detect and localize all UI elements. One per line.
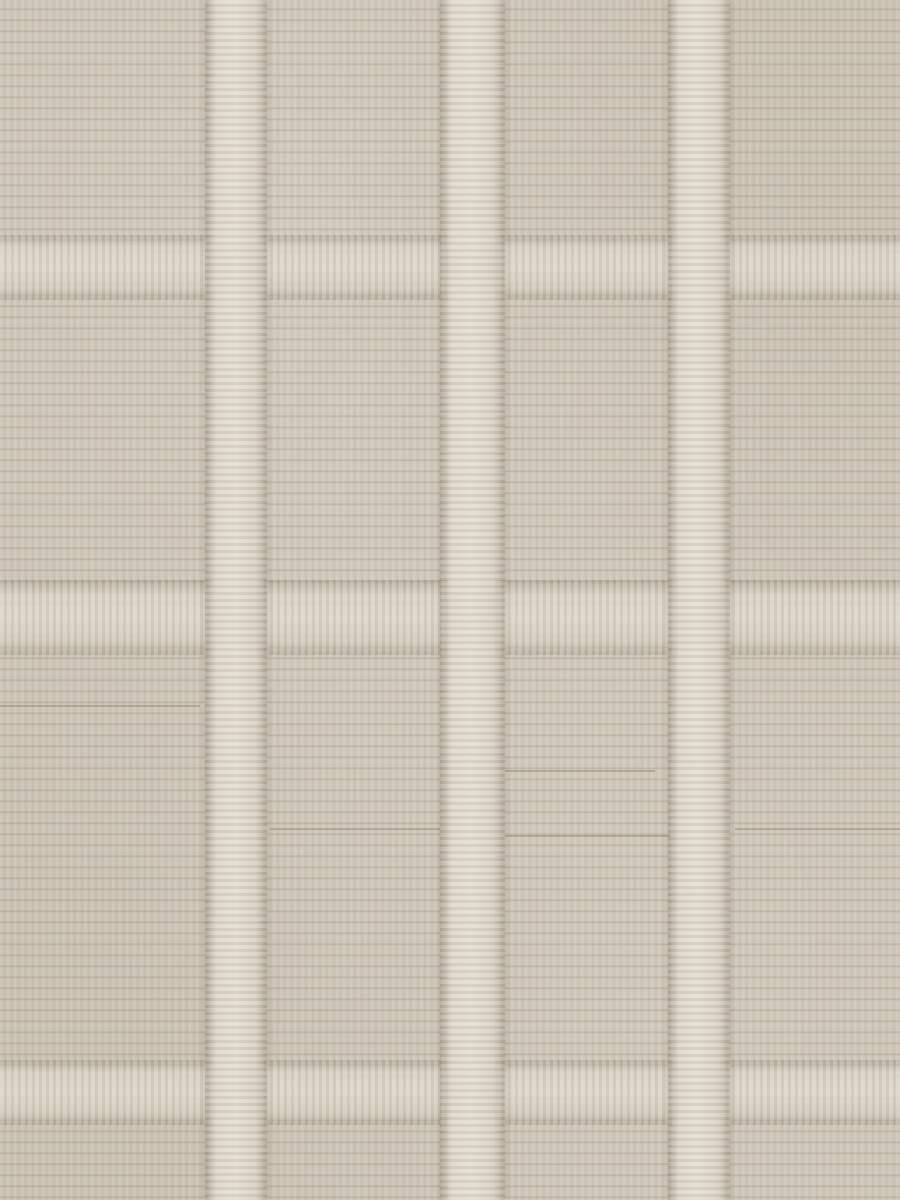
vertical-ridge-center bbox=[440, 0, 505, 1200]
vertical-ridge-left bbox=[205, 0, 267, 1200]
cell-line bbox=[505, 770, 655, 772]
cell-line bbox=[0, 705, 200, 707]
cell-line bbox=[735, 828, 900, 830]
cell-line bbox=[505, 835, 670, 837]
rug-texture: Close-up of a beige tufted wool rug with… bbox=[0, 0, 900, 1200]
vertical-ridge-right bbox=[668, 0, 730, 1200]
cell-line bbox=[270, 828, 440, 830]
